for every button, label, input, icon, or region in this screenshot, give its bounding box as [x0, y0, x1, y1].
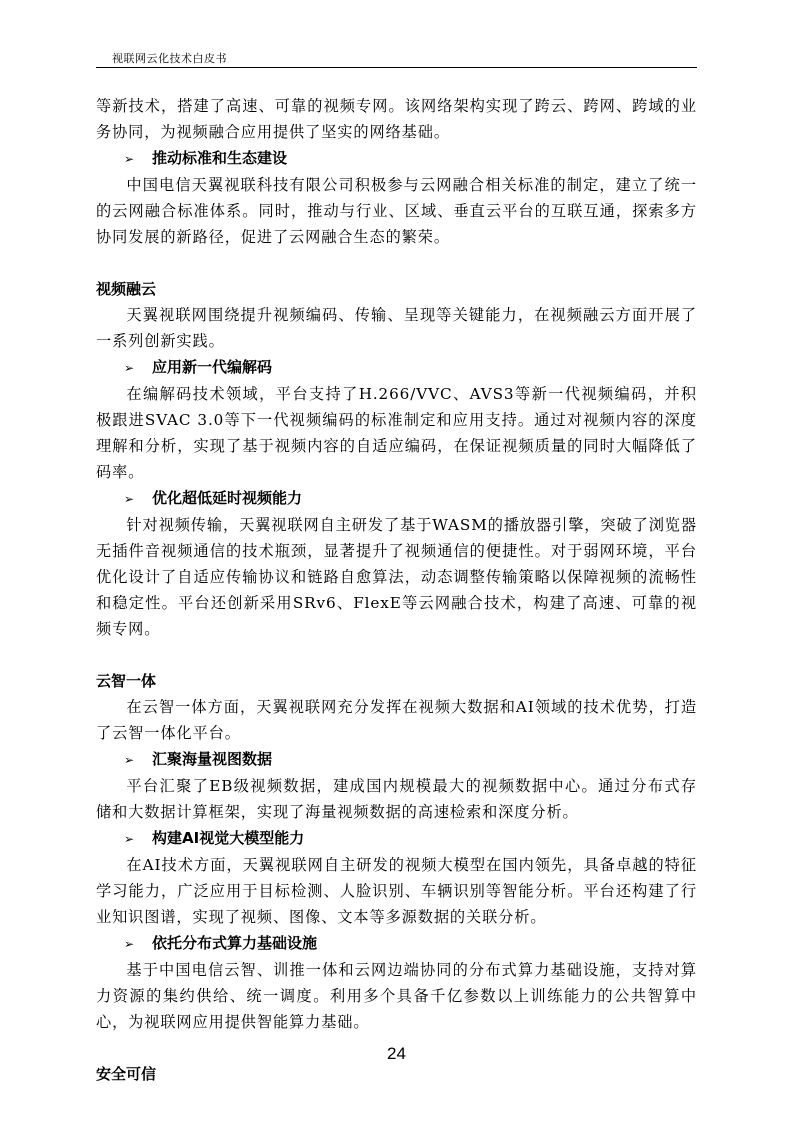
paragraph: 在AI技术方面，天翼视联网自主研发的视频大模型在国内领先，具备卓越的特征学习能力…	[96, 852, 697, 930]
page-number: 24	[0, 1044, 793, 1064]
paragraph: 在云智一体方面，天翼视联网充分发挥在视频大数据和AI领域的技术优势，打造了云智一…	[96, 694, 697, 746]
bullet-heading: ➢构建AI视觉大模型能力	[96, 825, 697, 852]
arrow-bullet-icon: ➢	[124, 146, 152, 172]
bullet-heading: ➢汇聚海量视图数据	[96, 746, 697, 773]
paragraph: 在编解码技术领域，平台支持了H.266/VVC、AVS3等新一代视频编码，并积极…	[96, 381, 697, 485]
arrow-bullet-icon: ➢	[124, 931, 152, 957]
header-title: 视联网云化技术白皮书	[112, 50, 227, 66]
bullet-heading: ➢推动标准和生态建设	[96, 145, 697, 172]
bullet-heading-text: 优化超低延时视频能力	[152, 489, 302, 507]
bullet-heading-text: 汇聚海量视图数据	[152, 750, 272, 768]
bullet-heading-text: 构建AI视觉大模型能力	[152, 829, 304, 847]
paragraph: 中国电信天翼视联科技有限公司积极参与云网融合相关标准的制定，建立了统一的云网融合…	[96, 172, 697, 250]
section-title: 视频融云	[96, 276, 697, 302]
paragraph: 等新技术，搭建了高速、可靠的视频专网。该网络架构实现了跨云、跨网、跨域的业务协同…	[96, 93, 697, 145]
arrow-bullet-icon: ➢	[124, 486, 152, 512]
bullet-heading-text: 应用新一代编解码	[152, 358, 272, 376]
paragraph: 天翼视联网围绕提升视频编码、传输、呈现等关键能力，在视频融云方面开展了一系列创新…	[96, 302, 697, 354]
arrow-bullet-icon: ➢	[124, 355, 152, 381]
paragraph: 基于中国电信云智、训推一体和云网边端协同的分布式算力基础设施，支持对算力资源的集…	[96, 957, 697, 1035]
section-title: 云智一体	[96, 668, 697, 694]
page-body: 等新技术，搭建了高速、可靠的视频专网。该网络架构实现了跨云、跨网、跨域的业务协同…	[96, 93, 697, 1087]
bullet-heading-text: 推动标准和生态建设	[152, 149, 287, 167]
arrow-bullet-icon: ➢	[124, 826, 152, 852]
bullet-heading-text: 依托分布式算力基础设施	[152, 934, 317, 952]
running-header: 视联网云化技术白皮书	[96, 48, 697, 68]
arrow-bullet-icon: ➢	[124, 747, 152, 773]
paragraph: 针对视频传输，天翼视联网自主研发了基于WASM的播放器引擎，突破了浏览器无插件音…	[96, 512, 697, 642]
section-title: 安全可信	[96, 1061, 697, 1087]
bullet-heading: ➢优化超低延时视频能力	[96, 485, 697, 512]
paragraph: 平台汇聚了EB级视频数据，建成国内规模最大的视频数据中心。通过分布式存储和大数据…	[96, 773, 697, 825]
bullet-heading: ➢应用新一代编解码	[96, 354, 697, 381]
bullet-heading: ➢依托分布式算力基础设施	[96, 930, 697, 957]
